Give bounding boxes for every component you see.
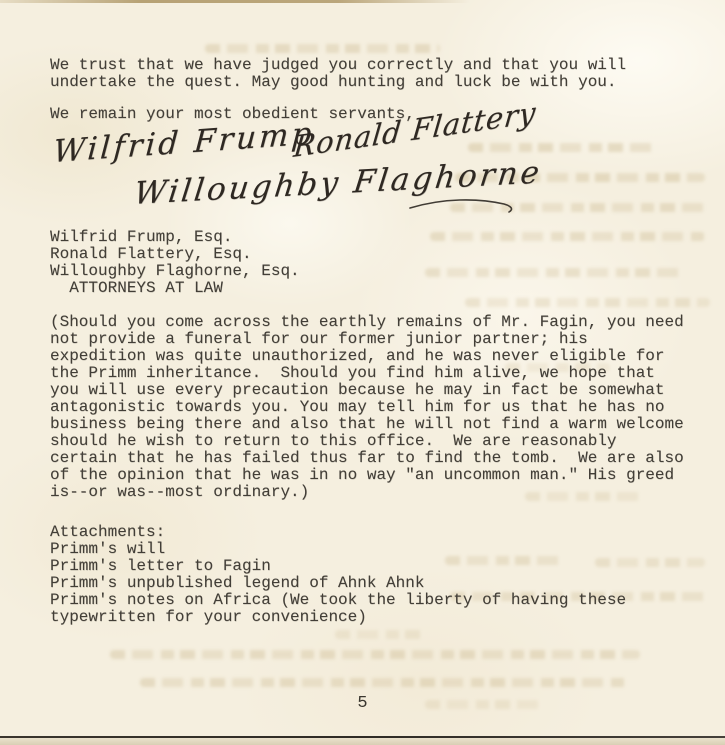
bleedthrough-text xyxy=(465,298,710,307)
scan-top-edge xyxy=(0,0,470,3)
bleedthrough-text xyxy=(110,650,640,659)
signature-flourish-stroke xyxy=(408,196,518,218)
signature-wilfrid-frump: Wilfrid Frump xyxy=(52,115,315,170)
bleedthrough-text xyxy=(205,44,440,53)
intro-paragraph: We trust that we have judged you correct… xyxy=(50,57,626,91)
bleedthrough-text xyxy=(430,232,705,241)
bleedthrough-text xyxy=(335,630,425,639)
scan-bottom-edge xyxy=(0,736,725,738)
bleedthrough-text xyxy=(468,143,658,152)
page-number: 5 xyxy=(0,694,725,713)
scan-bottom-shade xyxy=(0,738,725,745)
scanned-letter-page: We trust that we have judged you correct… xyxy=(0,0,725,745)
bleedthrough-text xyxy=(140,678,630,687)
attachments-list: Attachments: Primm's will Primm's letter… xyxy=(50,524,626,626)
signature-block: Wilfrid Frump, Esq. Ronald Flattery, Esq… xyxy=(50,229,300,297)
bleedthrough-text xyxy=(425,268,685,277)
postscript-paragraph: (Should you come across the earthly rema… xyxy=(50,314,684,501)
